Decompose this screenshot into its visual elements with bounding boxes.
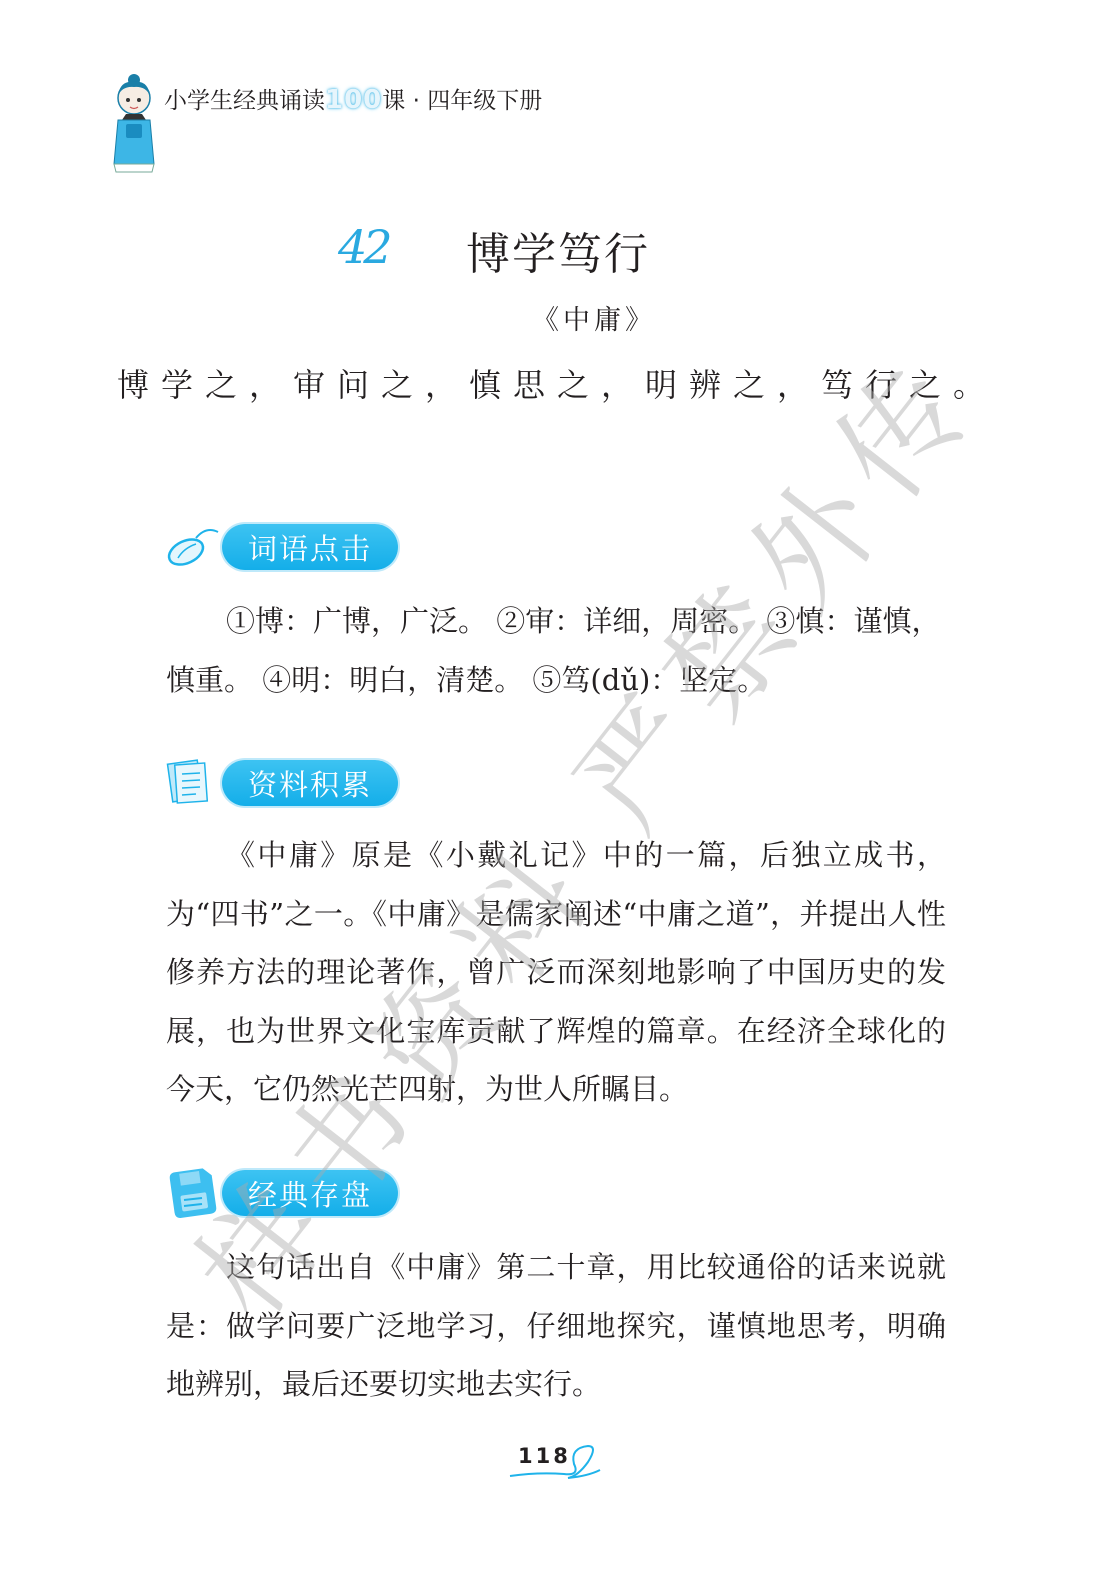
series-prefix: 小学生经典诵读 <box>164 88 325 114</box>
explanation-paragraph: 这句话出自《中庸》第二十章，用比较通俗的话来说就是：做学问要广泛地学习，仔细地探… <box>166 1238 946 1414</box>
classic-verse: 博学之，审问之，慎思之，明辨之，笃行之。 <box>0 360 1110 406</box>
series-title: 小学生经典诵读100课 · 四年级下册 <box>164 82 542 115</box>
computer-mouse-icon <box>166 518 222 574</box>
section-vocab-header: 词语点击 <box>166 518 406 574</box>
document-pages-icon <box>166 754 222 810</box>
lesson-heading: 42 博学笃行 <box>0 218 1110 278</box>
floppy-disk-icon <box>166 1164 222 1220</box>
section-explanation-header: 经典存盘 <box>166 1164 406 1220</box>
section-background-header: 资料积累 <box>166 754 406 810</box>
series-number: 100 <box>325 85 382 115</box>
lesson-title: 博学笃行 <box>466 218 650 282</box>
vocab-line-1: ①博：广博，广泛。 ②审：详细，周密。 ③慎：谨慎， <box>166 592 946 651</box>
vocab-line-2: 慎重。 ④明：明白，清楚。 ⑤笃(dǔ)：坚定。 <box>166 651 946 710</box>
section-background-label: 资料积累 <box>222 760 398 806</box>
section-vocab-label: 词语点击 <box>222 524 398 570</box>
page-number: 118 <box>518 1444 571 1468</box>
background-paragraph: 《中庸》原是《小戴礼记》中的一篇，后独立成书，为“四书”之一。《中庸》是儒家阐述… <box>166 826 946 1119</box>
vocab-notes: ①博：广博，广泛。 ②审：详细，周密。 ③慎：谨慎， 慎重。 ④明：明白，清楚。… <box>166 592 946 709</box>
series-suffix: 课 · 四年级下册 <box>382 88 542 114</box>
source-text: 《中庸》 <box>532 305 656 336</box>
section-explanation-label: 经典存盘 <box>222 1170 398 1216</box>
lesson-source: 《中庸》 <box>0 298 1110 337</box>
child-scholar-mascot-icon <box>108 72 168 176</box>
lesson-number: 42 <box>338 220 389 274</box>
